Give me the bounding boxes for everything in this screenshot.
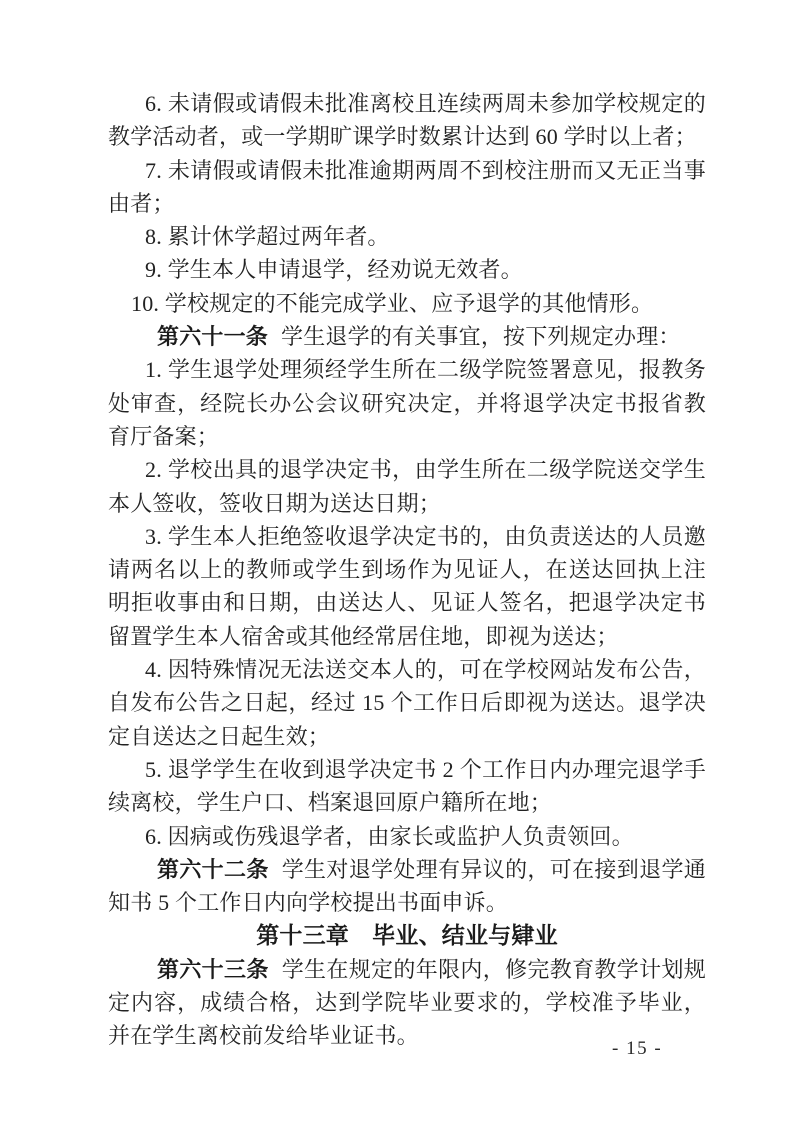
list-item-paragraph: 10. 学校规定的不能完成学业、应予退学的其他情形。 xyxy=(108,287,706,320)
list-item-paragraph: 1. 学生退学处理须经学生所在二级学院签署意见，报教务处审查，经院长办公会议研究… xyxy=(108,353,706,453)
list-item-paragraph: 6. 因病或伤残退学者，由家长或监护人负责领回。 xyxy=(108,820,706,853)
article-paragraph: 第六十一条学生退学的有关事宜，按下列规定办理： xyxy=(108,320,706,353)
article-text: 学生退学的有关事宜，按下列规定办理： xyxy=(281,324,681,349)
article-number-label: 第六十一条 xyxy=(157,324,268,349)
list-item-paragraph: 6. 未请假或请假未批准离校且连续两周未参加学校规定的教学活动者，或一学期旷课学… xyxy=(108,87,706,154)
list-item-paragraph: 4. 因特殊情况无法送交本人的，可在学校网站发布公告，自发布公告之日起，经过 1… xyxy=(108,653,706,753)
document-body: 6. 未请假或请假未批准离校且连续两周未参加学校规定的教学活动者，或一学期旷课学… xyxy=(108,87,706,1053)
chapter-heading: 第十三章 毕业、结业与肄业 xyxy=(108,919,706,952)
article-number-label: 第六十二条 xyxy=(157,857,269,882)
list-item-paragraph: 7. 未请假或请假未批准逾期两周不到校注册而又无正当事由者； xyxy=(108,154,706,221)
article-number-label: 第六十三条 xyxy=(157,957,269,982)
list-item-paragraph: 9. 学生本人申请退学，经劝说无效者。 xyxy=(108,253,706,286)
page-number: - 15 - xyxy=(612,1038,662,1060)
list-item-paragraph: 5. 退学学生在收到退学决定书 2 个工作日内办理完退学手续离校，学生户口、档案… xyxy=(108,753,706,820)
list-item-paragraph: 8. 累计休学超过两年者。 xyxy=(108,220,706,253)
document-page: 6. 未请假或请假未批准离校且连续两周未参加学校规定的教学活动者，或一学期旷课学… xyxy=(0,0,793,1122)
list-item-paragraph: 3. 学生本人拒绝签收退学决定书的，由负责送达的人员邀请两名以上的教师或学生到场… xyxy=(108,520,706,653)
list-item-paragraph: 2. 学校出具的退学决定书，由学生所在二级学院送交学生本人签收，签收日期为送达日… xyxy=(108,453,706,520)
article-paragraph: 第六十二条学生对退学处理有异议的，可在接到退学通知书 5 个工作日内向学校提出书… xyxy=(108,853,706,920)
